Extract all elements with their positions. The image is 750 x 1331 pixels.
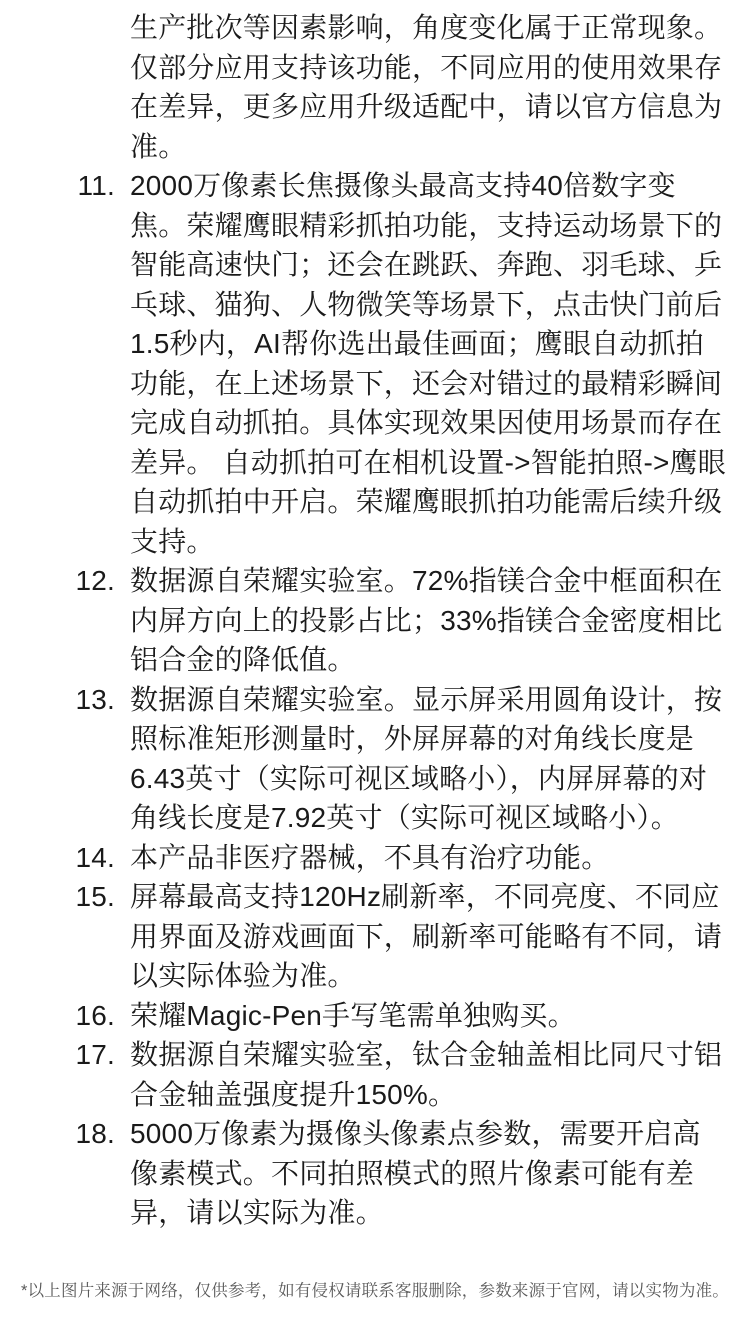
note-item-16: 16. 荣耀Magic-Pen手写笔需单独购买。 (0, 996, 727, 1036)
note-text: 屏幕最高支持120Hz刷新率，不同亮度、不同应用界面及游戏画面下，刷新率可能略有… (130, 877, 727, 996)
note-number: 11. (0, 166, 130, 206)
note-10-continuation-text: 生产批次等因素影响，角度变化属于正常现象。仅部分应用支持该功能，不同应用的使用效… (130, 8, 727, 166)
note-item-12: 12. 数据源自荣耀实验室。72%指镁合金中框面积在内屏方向上的投影占比；33%… (0, 561, 727, 680)
note-number: 18. (0, 1114, 130, 1154)
note-item-18: 18. 5000万像素为摄像头像素点参数，需要开启高像素模式。不同拍照模式的照片… (0, 1114, 727, 1233)
note-number: 13. (0, 680, 130, 720)
product-disclaimer-page: { "page": { "background_color": "#ffffff… (0, 0, 750, 1331)
note-text: 数据源自荣耀实验室，钛合金轴盖相比同尺寸铝合金轴盖强度提升150%。 (130, 1035, 727, 1114)
note-item-13: 13. 数据源自荣耀实验室。显示屏采用圆角设计，按照标准矩形测量时，外屏屏幕的对… (0, 680, 727, 838)
footer-disclaimer-text: *以上图片来源于网络，仅供参考，如有侵权请联系客服删除，参数来源于官网，请以实物… (0, 1280, 750, 1303)
note-text: 数据源自荣耀实验室。72%指镁合金中框面积在内屏方向上的投影占比；33%指镁合金… (130, 561, 727, 680)
note-item-11: 11. 2000万像素长焦摄像头最高支持40倍数字变焦。荣耀鹰眼精彩抓拍功能，支… (0, 166, 727, 561)
note-number: 14. (0, 838, 130, 878)
note-item-14: 14. 本产品非医疗器械，不具有治疗功能。 (0, 838, 727, 878)
note-number: 16. (0, 996, 130, 1036)
note-number: 15. (0, 877, 130, 917)
note-text: 数据源自荣耀实验室。显示屏采用圆角设计，按照标准矩形测量时，外屏屏幕的对角线长度… (130, 680, 727, 838)
note-text: 本产品非医疗器械，不具有治疗功能。 (130, 838, 727, 878)
note-text: 5000万像素为摄像头像素点参数，需要开启高像素模式。不同拍照模式的照片像素可能… (130, 1114, 727, 1233)
note-item-15: 15. 屏幕最高支持120Hz刷新率，不同亮度、不同应用界面及游戏画面下，刷新率… (0, 877, 727, 996)
note-text: 2000万像素长焦摄像头最高支持40倍数字变焦。荣耀鹰眼精彩抓拍功能，支持运动场… (130, 166, 727, 561)
note-item-17: 17. 数据源自荣耀实验室，钛合金轴盖相比同尺寸铝合金轴盖强度提升150%。 (0, 1035, 727, 1114)
note-number: 12. (0, 561, 130, 601)
disclaimer-notes-list: 生产批次等因素影响，角度变化属于正常现象。仅部分应用支持该功能，不同应用的使用效… (0, 0, 727, 1233)
note-number: 17. (0, 1035, 130, 1075)
note-text: 荣耀Magic-Pen手写笔需单独购买。 (130, 996, 727, 1036)
